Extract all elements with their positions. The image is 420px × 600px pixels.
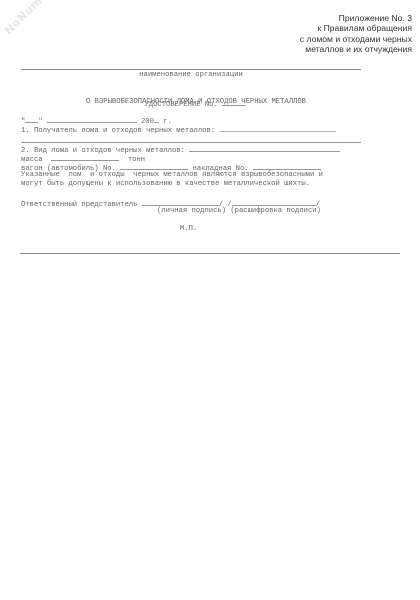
- appendix-line: с ломом и отходами черных: [300, 34, 412, 44]
- wagon-number-field[interactable]: [120, 162, 188, 170]
- bottom-separator: [20, 253, 400, 254]
- recipient-line-2[interactable]: [21, 142, 361, 143]
- appendix-line: к Правилам обращения: [300, 23, 412, 33]
- signature-captions: (личная подпись) (расшифровка подписи): [157, 207, 321, 216]
- org-name-caption: наименование организации: [21, 71, 361, 80]
- caption-personal-signature: (личная подпись): [157, 207, 226, 215]
- stamp-place: М.П.: [180, 225, 197, 234]
- appendix-line: металлов и их отчуждения: [300, 44, 412, 54]
- signature-decode-field[interactable]: [232, 198, 316, 206]
- month-field[interactable]: [47, 115, 137, 123]
- invoice-number-field[interactable]: [253, 162, 321, 170]
- recipient-label: 1. Получатель лома и отходов черных мета…: [21, 127, 215, 135]
- appendix-line: Приложение No. 3: [300, 13, 412, 23]
- recipient-field[interactable]: [219, 124, 336, 132]
- mass-field[interactable]: [51, 153, 119, 161]
- statement-line-2: могут быть допущены к использованию в ка…: [21, 180, 310, 189]
- recipient-row: 1. Получатель лома и отходов черных мета…: [21, 124, 336, 136]
- personal-signature-field[interactable]: [142, 198, 219, 206]
- watermark: NoNumber.ru: [2, 0, 73, 37]
- scrap-type-field[interactable]: [189, 144, 340, 152]
- appendix-header: Приложение No. 3 к Правилам обращения с …: [300, 13, 412, 55]
- caption-signature-decode: (расшифровка подписи): [230, 207, 321, 215]
- day-field[interactable]: [25, 115, 38, 123]
- org-name-line: [21, 69, 361, 70]
- certificate-subtitle: О ВЗРЫВОБЕЗОПАСНОСТИ ЛОМА И ОТХОДОВ ЧЕРН…: [0, 98, 392, 107]
- statement-line-1: Указанные лом и отходы черных металлов я…: [21, 171, 323, 180]
- year-field[interactable]: [154, 115, 159, 123]
- signature-label: Ответственный представитель: [21, 201, 137, 209]
